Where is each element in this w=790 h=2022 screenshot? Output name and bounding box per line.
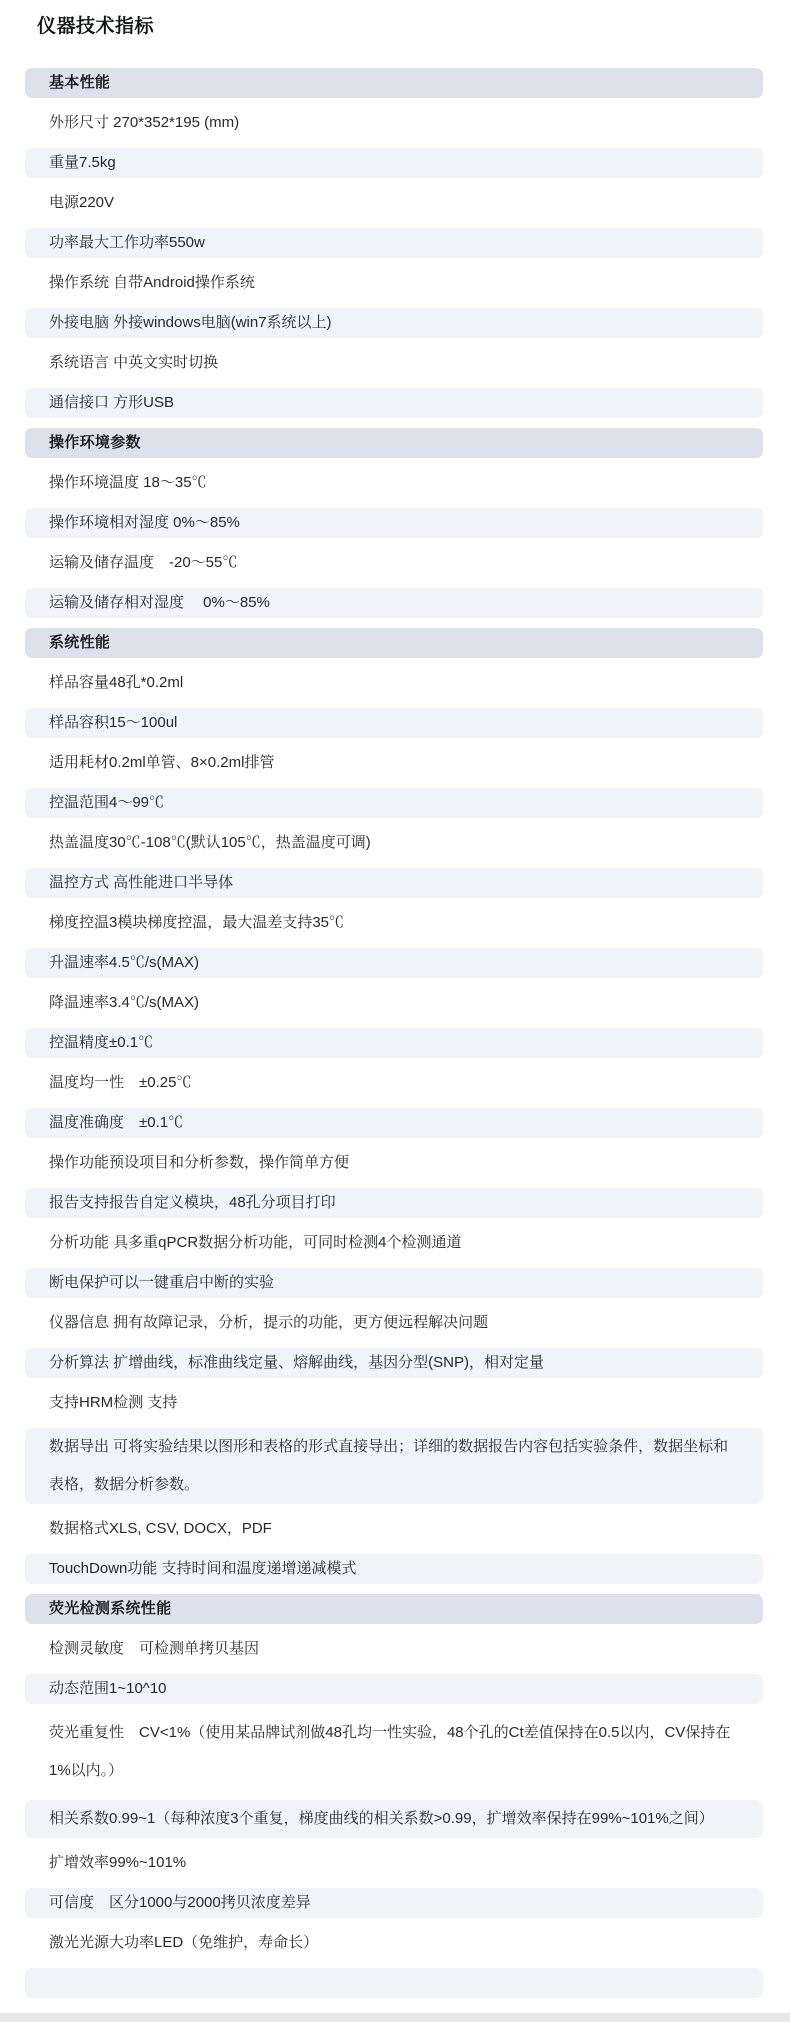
spec-row: 支持HRM检测 支持 [25,1388,763,1418]
spec-row-text: 扩增效率99%~101% [49,1854,186,1871]
spec-row-text: 适用耗材0.2ml单管、8×0.2ml排管 [49,754,274,771]
spec-row-text: TouchDown功能 支持时间和温度递增递减模式 [49,1560,357,1577]
spec-row: 系统语言 中英文实时切换 [25,348,763,378]
spec-row: 升温速率4.5℃/s(MAX) [25,948,763,978]
spec-row: 运输及储存相对湿度 0%～85% [25,588,763,618]
spec-row: 温度准确度 ±0.1℃ [25,1108,763,1138]
spec-row-text: 电源220V [49,194,114,211]
spec-row-text: 操作系统 自带Android操作系统 [49,274,255,291]
spec-row: 外接电脑 外接windows电脑(win7系统以上) [25,308,763,338]
spec-row: 仪器信息 拥有故障记录，分析，提示的功能，更方便远程解决问题 [25,1308,763,1338]
section-header: 基本性能 [25,68,763,98]
spec-row-text: 梯度控温3模块梯度控温，最大温差支持35℃ [49,914,344,931]
spec-row-text: 仪器信息 拥有故障记录，分析，提示的功能，更方便远程解决问题 [49,1314,488,1331]
spec-row: 断电保护可以一键重启中断的实验 [25,1268,763,1298]
spec-row-text: 控温精度±0.1℃ [49,1034,153,1051]
spec-row-text: 分析算法 扩增曲线，标准曲线定量、熔解曲线，基因分型(SNP)，相对定量 [49,1354,544,1371]
spec-row: 荧光重复性 CV<1%（使用某品牌试剂做48孔均一性实验，48个孔的Ct差值保持… [25,1714,763,1790]
spec-row-text: 检测灵敏度 可检测单拷贝基因 [49,1640,259,1657]
spec-row: 外形尺寸 270*352*195 (mm) [25,108,763,138]
spec-row: 检测灵敏度 可检测单拷贝基因 [25,1634,763,1664]
spec-row: 分析功能 具多重qPCR数据分析功能，可同时检测4个检测通道 [25,1228,763,1258]
spec-row: 温度均一性 ±0.25℃ [25,1068,763,1098]
spec-row: 扩增效率99%~101% [25,1848,763,1878]
spec-row: 操作系统 自带Android操作系统 [25,268,763,298]
spec-row: 通信接口 方形USB [25,388,763,418]
spec-row-text: 样品容积15～100ul [49,714,177,731]
spec-row-text: 数据格式XLS, CSV, DOCX，PDF [49,1520,272,1537]
spec-row-text: 系统语言 中英文实时切换 [49,354,218,371]
spec-row: 降温速率3.4℃/s(MAX) [25,988,763,1018]
section-header: 系统性能 [25,628,763,658]
spec-row: 热盖温度30℃-108℃(默认105℃，热盖温度可调) [25,828,763,858]
spec-row-text: 动态范围1~10^10 [49,1680,167,1697]
spec-row-text: 温控方式 高性能进口半导体 [49,874,233,891]
spec-row-text: 运输及储存相对湿度 0%～85% [49,594,270,611]
spec-row: 重量7.5kg [25,148,763,178]
spec-row-text: 分析功能 具多重qPCR数据分析功能，可同时检测4个检测通道 [49,1234,462,1251]
spec-row: 温控方式 高性能进口半导体 [25,868,763,898]
spec-row: 控温范围4～99℃ [25,788,763,818]
spec-row: 功率最大工作功率550w [25,228,763,258]
spec-row: 样品容量48孔*0.2ml [25,668,763,698]
spec-row: 激光光源大功率LED（免维护，寿命长） [25,1928,763,1958]
spec-row: 数据格式XLS, CSV, DOCX，PDF [25,1514,763,1544]
spec-row-text: 断电保护可以一键重启中断的实验 [49,1274,274,1291]
spec-row-text: 降温速率3.4℃/s(MAX) [49,994,199,1011]
spec-row-text: 报告支持报告自定义模块，48孔分项目打印 [49,1194,336,1211]
spec-row-text: 相关系数0.99~1（每种浓度3个重复，梯度曲线的相关系数>0.99，扩增效率保… [49,1810,714,1827]
spec-row-text: 升温速率4.5℃/s(MAX) [49,954,199,971]
spec-row: 电源220V [25,188,763,218]
spec-row-text: 重量7.5kg [49,154,116,171]
spec-row: 操作功能预设项目和分析参数，操作简单方便 [25,1148,763,1178]
footer-strip [0,2013,790,2022]
spec-row-text: 温度准确度 ±0.1℃ [49,1114,183,1131]
spec-row-text: 温度均一性 ±0.25℃ [49,1074,191,1091]
spec-row-text: 热盖温度30℃-108℃(默认105℃，热盖温度可调) [49,834,371,851]
spec-row-text: 操作环境温度 18～35℃ [49,474,207,491]
spec-row: 可信度 区分1000与2000拷贝浓度差异 [25,1888,763,1918]
spec-row-text: 操作功能预设项目和分析参数，操作简单方便 [49,1154,349,1171]
spec-row-text: 外接电脑 外接windows电脑(win7系统以上) [49,314,332,331]
spec-row: 操作环境相对湿度 0%～85% [25,508,763,538]
spec-row: TouchDown功能 支持时间和温度递增递减模式 [25,1554,763,1584]
spec-row: 样品容积15～100ul [25,708,763,738]
spec-row-text: 功率最大工作功率550w [49,234,205,251]
spec-row-text: 操作环境相对湿度 0%～85% [49,514,240,531]
spec-row-text: 外形尺寸 270*352*195 (mm) [49,114,239,131]
spec-row-text: 运输及储存温度 -20～55℃ [49,554,237,571]
spec-row-text: 激光光源大功率LED（免维护，寿命长） [49,1934,318,1951]
spec-row: 适用耗材0.2ml单管、8×0.2ml排管 [25,748,763,778]
spec-row: 运输及储存温度 -20～55℃ [25,548,763,578]
spec-row-text: 支持HRM检测 支持 [49,1394,177,1411]
section-header: 荧光检测系统性能 [25,1594,763,1624]
spec-row: 操作环境温度 18～35℃ [25,468,763,498]
spec-row: 动态范围1~10^10 [25,1674,763,1704]
spec-row-text: 控温范围4～99℃ [49,794,164,811]
spec-table: 基本性能外形尺寸 270*352*195 (mm)重量7.5kg电源220V功率… [25,68,763,1998]
spec-row: 报告支持报告自定义模块，48孔分项目打印 [25,1188,763,1218]
spec-row: 梯度控温3模块梯度控温，最大温差支持35℃ [25,908,763,938]
page-title: 仪器技术指标 [37,14,790,40]
spec-row-text: 可信度 区分1000与2000拷贝浓度差异 [49,1894,311,1911]
spec-row: 相关系数0.99~1（每种浓度3个重复，梯度曲线的相关系数>0.99，扩增效率保… [25,1800,763,1838]
spec-row-text: 通信接口 方形USB [49,394,174,411]
spec-row-text: 荧光重复性 CV<1%（使用某品牌试剂做48孔均一性实验，48个孔的Ct差值保持… [49,1724,730,1779]
section-header: 操作环境参数 [25,428,763,458]
spec-row-text: 样品容量48孔*0.2ml [49,674,183,691]
spec-row: 分析算法 扩增曲线，标准曲线定量、熔解曲线，基因分型(SNP)，相对定量 [25,1348,763,1378]
spec-row-partial [25,1968,763,1998]
spec-row: 数据导出 可将实验结果以图形和表格的形式直接导出；详细的数据报告内容包括实验条件… [25,1428,763,1504]
spec-row-text: 数据导出 可将实验结果以图形和表格的形式直接导出；详细的数据报告内容包括实验条件… [49,1438,728,1493]
spec-row: 控温精度±0.1℃ [25,1028,763,1058]
